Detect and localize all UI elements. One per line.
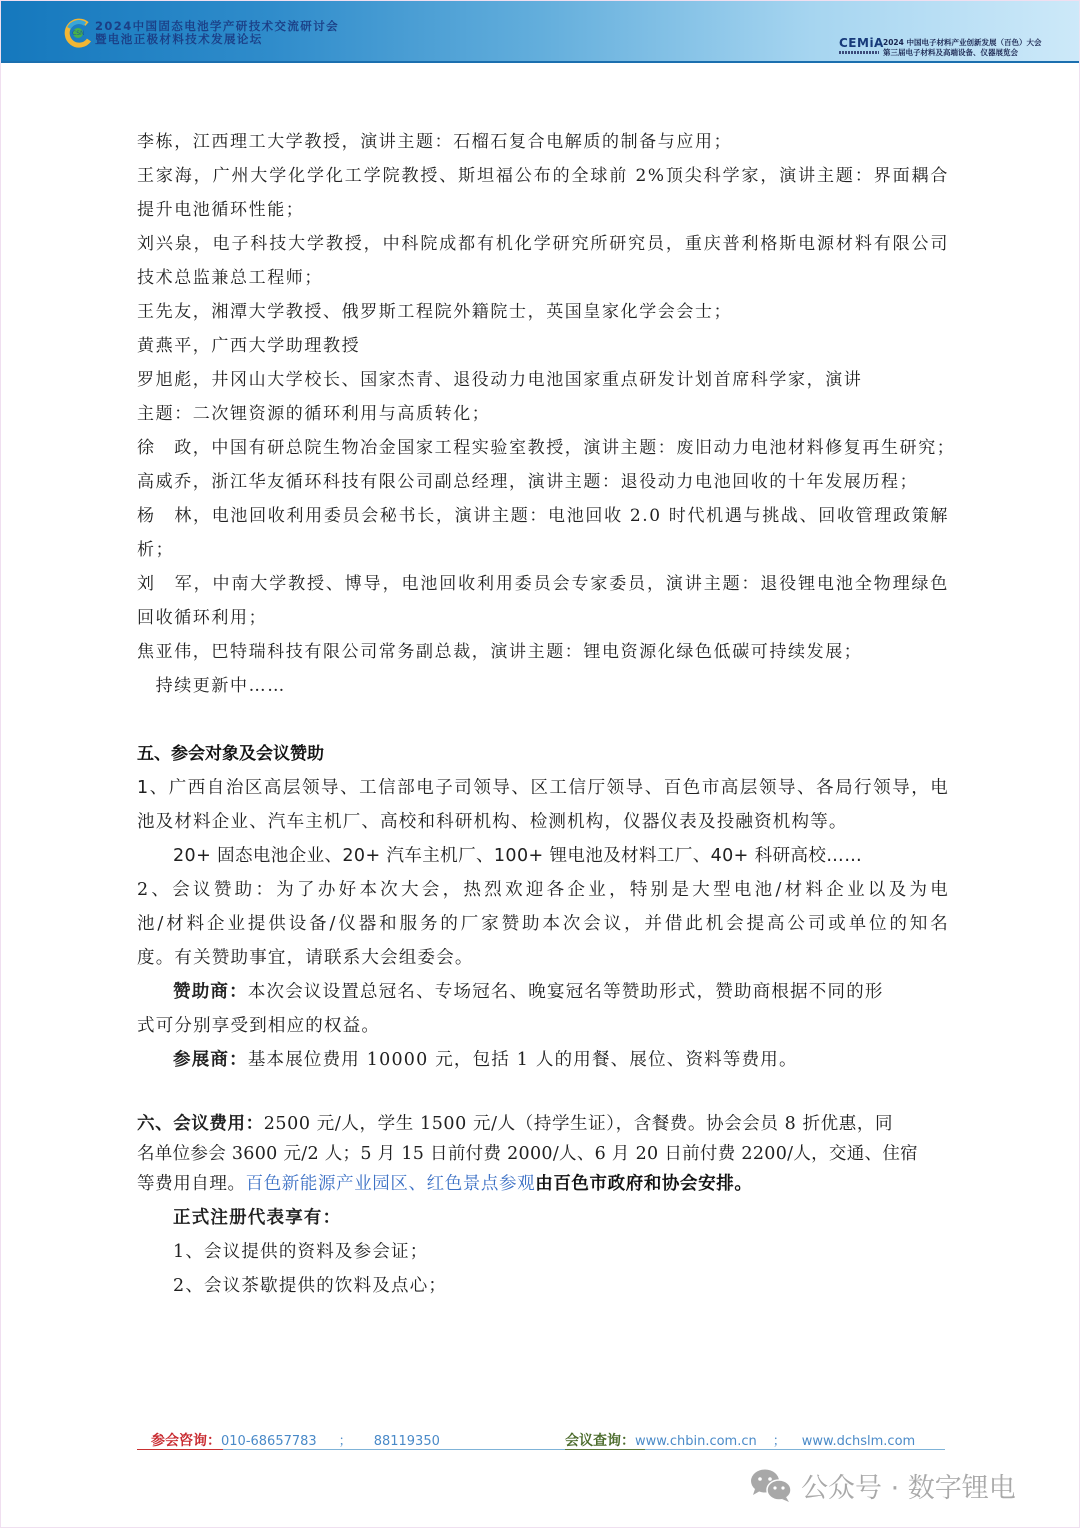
speaker-line: 技术总监兼总工程师； [137,261,323,295]
speaker-line: 王先友，湘潭大学教授、俄罗斯工程院外籍院士，英国皇家化学会会士； [137,295,732,329]
attendee-stats: 20+ 固态电池企业、20+ 汽车主机厂、100+ 锂电池及材料工厂、40+ 科… [173,839,862,873]
sponsorship-line1: 2、会议赞助：为了办好本次大会，热烈欢迎各企业，特别是大型电池/材料企业以及为电 [137,873,949,907]
speaker-line: 主题：二次锂资源的循环利用与高质转化； [137,397,490,431]
speaker-line: 高威乔，浙江华友循环科技有限公司副总经理，演讲主题：退役动力电池回收的十年发展历… [137,465,918,499]
conference-title: 2024中国固态电池学产研技术交流研讨会 暨电池正极材料技术发展论坛 [95,20,339,46]
cemia-logo-subtitle [839,51,879,54]
speaker-line: 杨 林，电池回收利用委员会秘书长，演讲主题：电池回收 2.0 时代机遇与挑战、回… [137,499,949,533]
exhibitor-text: 基本展位费用 10000 元，包括 1 人的用餐、展位、资料等费用。 [248,1050,798,1070]
sponsorship-line2: 池/材料企业提供设备/仪器和服务的厂家赞助本次会议，并借此机会提高公司或单位的知… [137,907,949,941]
section6-title: 六、会议费用： [137,1114,264,1134]
benefit-item: 2、会议茶歇提供的饮料及点心； [173,1269,447,1303]
wechat-icon [749,1467,793,1503]
speaker-line: 李栋，江西理工大学教授，演讲主题：石榴石复合电解质的制备与应用； [137,125,732,159]
watermark-text: 公众号 · 数字锂电 [801,1466,1016,1505]
partner-event-line2: 第三届电子材料及高端设备、仪器展览会 [883,48,1041,58]
header-banner: CSN 2024中国固态电池学产研技术交流研讨会 暨电池正极材料技术发展论坛 C… [1,1,1080,63]
exhibitor-info: 参展商：基本展位费用 10000 元，包括 1 人的用餐、展位、资料等费用。 [173,1043,798,1077]
cemia-logo: CEMiA [839,37,884,49]
registration-phone1[interactable]: 010-68657783 [221,1434,317,1449]
registration-phone2[interactable]: 88119350 [374,1434,440,1449]
conference-query: 会议查询：www.chbin.com.cn；www.dchslm.com [565,1432,915,1451]
speaker-line: 析； [137,533,174,567]
fees-line1: 六、会议费用：2500 元/人，学生 1500 元/人（持学生证），含餐费。协会… [137,1107,893,1141]
attendees-line1: 1、广西自治区高层领导、工信部电子司领导、区工信厅领导、百色市高层领导、各局行领… [137,771,949,805]
sponsor-info: 赞助商：本次会议设置总冠名、专场冠名、晚宴冠名等赞助形式，赞助商根据不同的形 [173,975,884,1009]
fees-text-start: 等费用自理。 [137,1174,246,1194]
sponsorship-line3: 度。有关赞助事宜，请联系大会组委会。 [137,941,474,975]
fees-line3: 等费用自理。百色新能源产业园区、红色景点参观由百色市政府和协会安排。 [137,1167,752,1201]
query-separator: ； [773,1434,786,1449]
fees-text-end: 由百色市政府和协会安排。 [535,1174,752,1194]
speaker-line: 焦亚伟，巴特瑞科技有限公司常务副总裁，演讲主题：锂电资源化绿色低碳可持续发展； [137,635,862,669]
speaker-line: 刘 军，中南大学教授、博导，电池回收利用委员会专家委员，演讲主题：退役锂电池全物… [137,567,949,601]
benefits-title: 正式注册代表享有： [173,1201,341,1235]
attendees-line2: 池及材料企业、汽车主机厂、高校和科研机构、检测机构，仪器仪表及投融资机构等。 [137,805,848,839]
svg-text:CSN: CSN [72,30,85,37]
tour-highlight: 百色新能源产业园区、红色景点参观 [246,1174,536,1194]
speaker-line: 黄燕平，广西大学助理教授 [137,329,360,363]
updating-note: 持续更新中…… [137,669,286,703]
exhibitor-label: 参展商： [173,1050,248,1070]
sponsor-text: 本次会议设置总冠名、专场冠名、晚宴冠名等赞助形式，赞助商根据不同的形 [248,982,884,1002]
sponsor-info-cont: 式可分别享受到相应的权益。 [137,1009,380,1043]
query-website2[interactable]: www.dchslm.com [802,1434,915,1449]
fees-text: 2500 元/人，学生 1500 元/人（持学生证），含餐费。协会会员 8 折优… [264,1114,893,1134]
speaker-line: 提升电池循环性能； [137,193,304,227]
benefit-item: 1、会议提供的资料及参会证； [173,1235,428,1269]
speaker-line: 回收循环利用； [137,601,267,635]
section5-title: 五、参会对象及会议赞助 [137,739,324,769]
conference-logo-icon: CSN [63,18,93,48]
conference-title-line2: 暨电池正极材料技术发展论坛 [95,33,339,46]
registration-separator: ； [339,1434,352,1449]
fees-line2: 名单位参会 3600 元/2 人；5 月 15 日前付费 2000/人、6 月 … [137,1137,918,1171]
speaker-line: 王家海，广州大学化学化工学院教授、斯坦福公布的全球前 2%顶尖科学家，演讲主题：… [137,159,949,193]
speaker-line: 刘兴泉，电子科技大学教授，中科院成都有机化学研究所研究员，重庆普利格斯电源材料有… [137,227,949,261]
registration-contact: 参会咨询：010-68657783；88119350 [151,1432,440,1451]
sponsor-label: 赞助商： [173,982,248,1002]
speaker-line: 罗旭彪，井冈山大学校长、国家杰青、退役动力电池国家重点研发计划首席科学家，演讲 [137,363,862,397]
partner-event-title: 2024 中国电子材料产业创新发展（百色）大会 第三届电子材料及高端设备、仪器展… [883,38,1041,58]
query-label: 会议查询： [565,1433,635,1449]
speaker-line: 徐 政，中国有研总院生物冶金国家工程实验室教授，演讲主题：废旧动力电池材料修复再… [137,431,949,465]
partner-event-line1: 2024 中国电子材料产业创新发展（百色）大会 [883,38,1041,48]
wechat-watermark: 公众号 · 数字锂电 [749,1467,1016,1503]
query-website1[interactable]: www.chbin.com.cn [635,1434,757,1449]
registration-label: 参会咨询： [151,1433,221,1449]
